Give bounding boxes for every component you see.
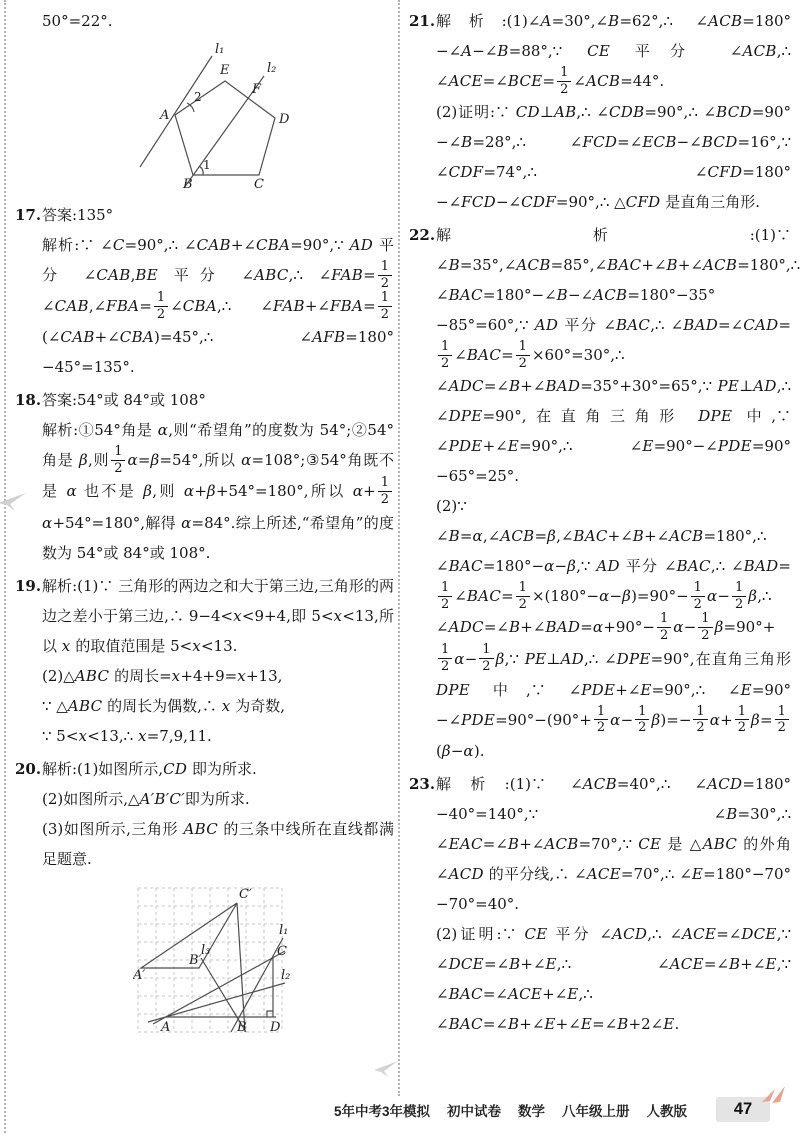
page-number-box: 47 — [716, 1097, 770, 1122]
fraction: 12 — [436, 340, 454, 370]
fraction: 12 — [109, 445, 127, 475]
carryover-line: 50°=22°. — [42, 6, 394, 36]
footer: 5年中考3年模拟 初中试卷 数学 八年级上册 人教版 47 — [0, 1097, 770, 1122]
figure2-label-l1: l₁ — [279, 923, 288, 938]
solution-paragraph: 解析:(1)∵ 三角形的两边之和大于第三边,三角形的两边之差小于第三边,∴ 9−… — [42, 571, 394, 661]
solution-paragraph: ∵ △ABC 的周长为偶数,∴ x 为奇数, — [42, 691, 394, 721]
item-body: 解析:(1)∵ 三角形的两边之和大于第三边,三角形的两边之差小于第三边,∴ 9−… — [42, 571, 394, 751]
solution-paragraph: (2)证明:∵ CD⊥AB,∴ ∠CDB=90°,∴ ∠BCD=90°−∠B=2… — [436, 97, 791, 217]
item-number: 18. — [15, 385, 41, 415]
figure1-label-l1: l₁ — [215, 42, 224, 57]
item-body: 答案:135°解析:∵ ∠C=90°,∴ ∠CAB+∠CBA=90°,∵ AD … — [42, 200, 394, 382]
fraction: 12 — [730, 581, 748, 611]
solution-paragraph: 解析:(1)∠A=30°,∠B=62°,∴ ∠ACB=180°−∠A−∠B=88… — [436, 6, 791, 97]
fraction: 12 — [376, 476, 394, 506]
fraction: 12 — [592, 705, 610, 735]
fraction: 12 — [733, 705, 751, 735]
dashed-grid — [138, 888, 282, 1032]
paper-plane-icon — [374, 1060, 400, 1078]
column-divider-dotted-border — [398, 0, 400, 1096]
left-margin-dotted-border — [4, 0, 6, 1133]
solution-item: 18.答案:54°或 84°或 108°解析:①54°角是 α,则“希望角”的度… — [15, 385, 394, 567]
fraction: 12 — [691, 705, 709, 735]
item-body: 答案:54°或 84°或 108°解析:①54°角是 α,则“希望角”的度数为 … — [42, 385, 394, 567]
figure2-label-Aprime: A′ — [133, 968, 145, 983]
fraction: 12 — [773, 705, 791, 735]
fraction: 12 — [436, 643, 454, 673]
fraction: 12 — [633, 705, 651, 735]
figure1-label-l2: l₂ — [267, 61, 276, 76]
left-solutions: 17.答案:135°解析:∵ ∠C=90°,∴ ∠CAB+∠CBA=90°,∵ … — [15, 200, 394, 874]
fraction: 12 — [152, 291, 170, 321]
item-number: 20. — [15, 754, 41, 784]
item-body: 解析:(1)∵ ∠B=35°,∠ACB=85°,∠BAC+∠B+∠ACB=180… — [436, 220, 791, 766]
solution-paragraph: 答案:135° — [42, 200, 394, 230]
figure1-angle-2: 2 — [194, 90, 202, 104]
fraction: 12 — [436, 581, 454, 611]
solution-item: 21.解析:(1)∠A=30°,∠B=62°,∴ ∠ACB=180°−∠A−∠B… — [409, 6, 791, 217]
fraction: 12 — [696, 612, 714, 642]
figure2-label-C: C — [277, 944, 287, 959]
solution-item: 19.解析:(1)∵ 三角形的两边之和大于第三边,三角形的两边之差小于第三边,∴… — [15, 571, 394, 751]
solution-paragraph: (2)证明:∵ CE 平分 ∠ACD,∴ ∠ACE=∠DCE,∵ ∠DCE=∠B… — [436, 919, 791, 1039]
item-body: 解析:(1)∠A=30°,∠B=62°,∴ ∠ACB=180°−∠A−∠B=88… — [436, 6, 791, 217]
fraction: 12 — [514, 581, 532, 611]
figure2-label-A: A — [160, 1020, 170, 1035]
solution-paragraph: 解析:(1)∵ ∠ACB=40°,∴ ∠ACD=180°−40°=140°,∵ … — [436, 769, 791, 919]
item-body: 解析:(1)∵ ∠ACB=40°,∴ ∠ACD=180°−40°=140°,∵ … — [436, 769, 791, 1039]
left-column: 50°=22°. l₁ l₂ E F A D C B 2 1 17.答案:135… — [15, 6, 394, 1036]
footer-part: 人教版 — [647, 1100, 688, 1120]
figure2-label-D: D — [269, 1020, 281, 1035]
fraction: 12 — [514, 340, 532, 370]
right-column: 21.解析:(1)∠A=30°,∠B=62°,∴ ∠ACB=180°−∠A−∠B… — [409, 6, 791, 1042]
solution-paragraph: (3)如图所示,三角形 ABC 的三条中线所在直线都满足题意. — [42, 814, 394, 874]
solution-item: 20.解析:(1)如图所示,CD 即为所求.(2)如图所示,△A′B′C′即为所… — [15, 754, 394, 874]
figure1-label-A: A — [159, 108, 169, 123]
pentagon-figure: l₁ l₂ E F A D C B 2 1 — [127, 40, 307, 192]
footer-series-title: 5年中考3年模拟 — [334, 1100, 430, 1120]
answer-page: { "left_column": { "intro_line": "50°=22… — [0, 0, 800, 1133]
footer-part: 初中试卷 — [447, 1100, 501, 1120]
fraction: 12 — [689, 581, 707, 611]
item-number: 22. — [409, 220, 435, 250]
item-number: 21. — [409, 6, 435, 36]
solution-paragraph: 答案:54°或 84°或 108° — [42, 385, 394, 415]
solution-item: 22.解析:(1)∵ ∠B=35°,∠ACB=85°,∠BAC+∠B+∠ACB=… — [409, 220, 791, 766]
solution-paragraph: (2)△ABC 的周长=x+4+9=x+13, — [42, 661, 394, 691]
solution-item: 17.答案:135°解析:∵ ∠C=90°,∴ ∠CAB+∠CBA=90°,∵ … — [15, 200, 394, 382]
figure1-angle-1: 1 — [203, 158, 211, 172]
salmon-leaf-icon — [760, 1086, 786, 1104]
footer-part: 八年级上册 — [562, 1100, 630, 1120]
figure2-label-l2: l₂ — [281, 968, 290, 983]
solution-item: 23.解析:(1)∵ ∠ACB=40°,∴ ∠ACD=180°−40°=140°… — [409, 769, 791, 1039]
figure1-label-E: E — [219, 63, 230, 78]
right-solutions: 21.解析:(1)∠A=30°,∠B=62°,∴ ∠ACB=180°−∠A−∠B… — [409, 6, 791, 1039]
solution-paragraph: (2)如图所示,△A′B′C′即为所求. — [42, 784, 394, 814]
fraction: 12 — [376, 291, 394, 321]
item-body: 解析:(1)如图所示,CD 即为所求.(2)如图所示,△A′B′C′即为所求.(… — [42, 754, 394, 874]
solution-paragraph: 解析:(1)∵ ∠B=35°,∠ACB=85°,∠BAC+∠B+∠ACB=180… — [436, 220, 791, 491]
figure2-label-Cprime: C′ — [239, 887, 252, 902]
figure1-label-D: D — [278, 112, 290, 127]
figure2-label-Bprime: B′ — [188, 953, 202, 968]
solution-paragraph: 解析:①54°角是 α,则“希望角”的度数为 54°;②54°角是 β,则12α… — [42, 415, 394, 567]
figure2-label-B: B — [236, 1020, 247, 1035]
solution-paragraph: (2)∵ ∠B=α,∠ACB=β,∠BAC+∠B+∠ACB=180°,∴ ∠BA… — [436, 491, 791, 766]
item-number: 17. — [15, 200, 41, 230]
footer-part: 数学 — [518, 1100, 545, 1120]
item-number: 19. — [15, 571, 41, 601]
figure1-label-B: B — [182, 177, 193, 192]
fraction: 12 — [376, 260, 394, 290]
solution-paragraph: 解析:∵ ∠C=90°,∴ ∠CAB+∠CBA=90°,∵ AD 平分 ∠CAB… — [42, 230, 394, 382]
page-number: 47 — [734, 1100, 752, 1118]
figure1-label-C: C — [254, 177, 264, 192]
figure2-label-l3: l₃ — [201, 943, 210, 958]
figure1-label-F: F — [251, 82, 262, 97]
fraction: 12 — [655, 612, 673, 642]
fraction: 12 — [477, 643, 495, 673]
solution-paragraph: ∵ 5<x<13,∴ x=7,9,11. — [42, 721, 394, 751]
grid-construction-figure: C′ A′ B′ l₁ C l₂ l₃ A B D — [133, 880, 295, 1036]
fraction: 12 — [555, 66, 573, 96]
item-number: 23. — [409, 769, 435, 799]
solution-paragraph: 解析:(1)如图所示,CD 即为所求. — [42, 754, 394, 784]
